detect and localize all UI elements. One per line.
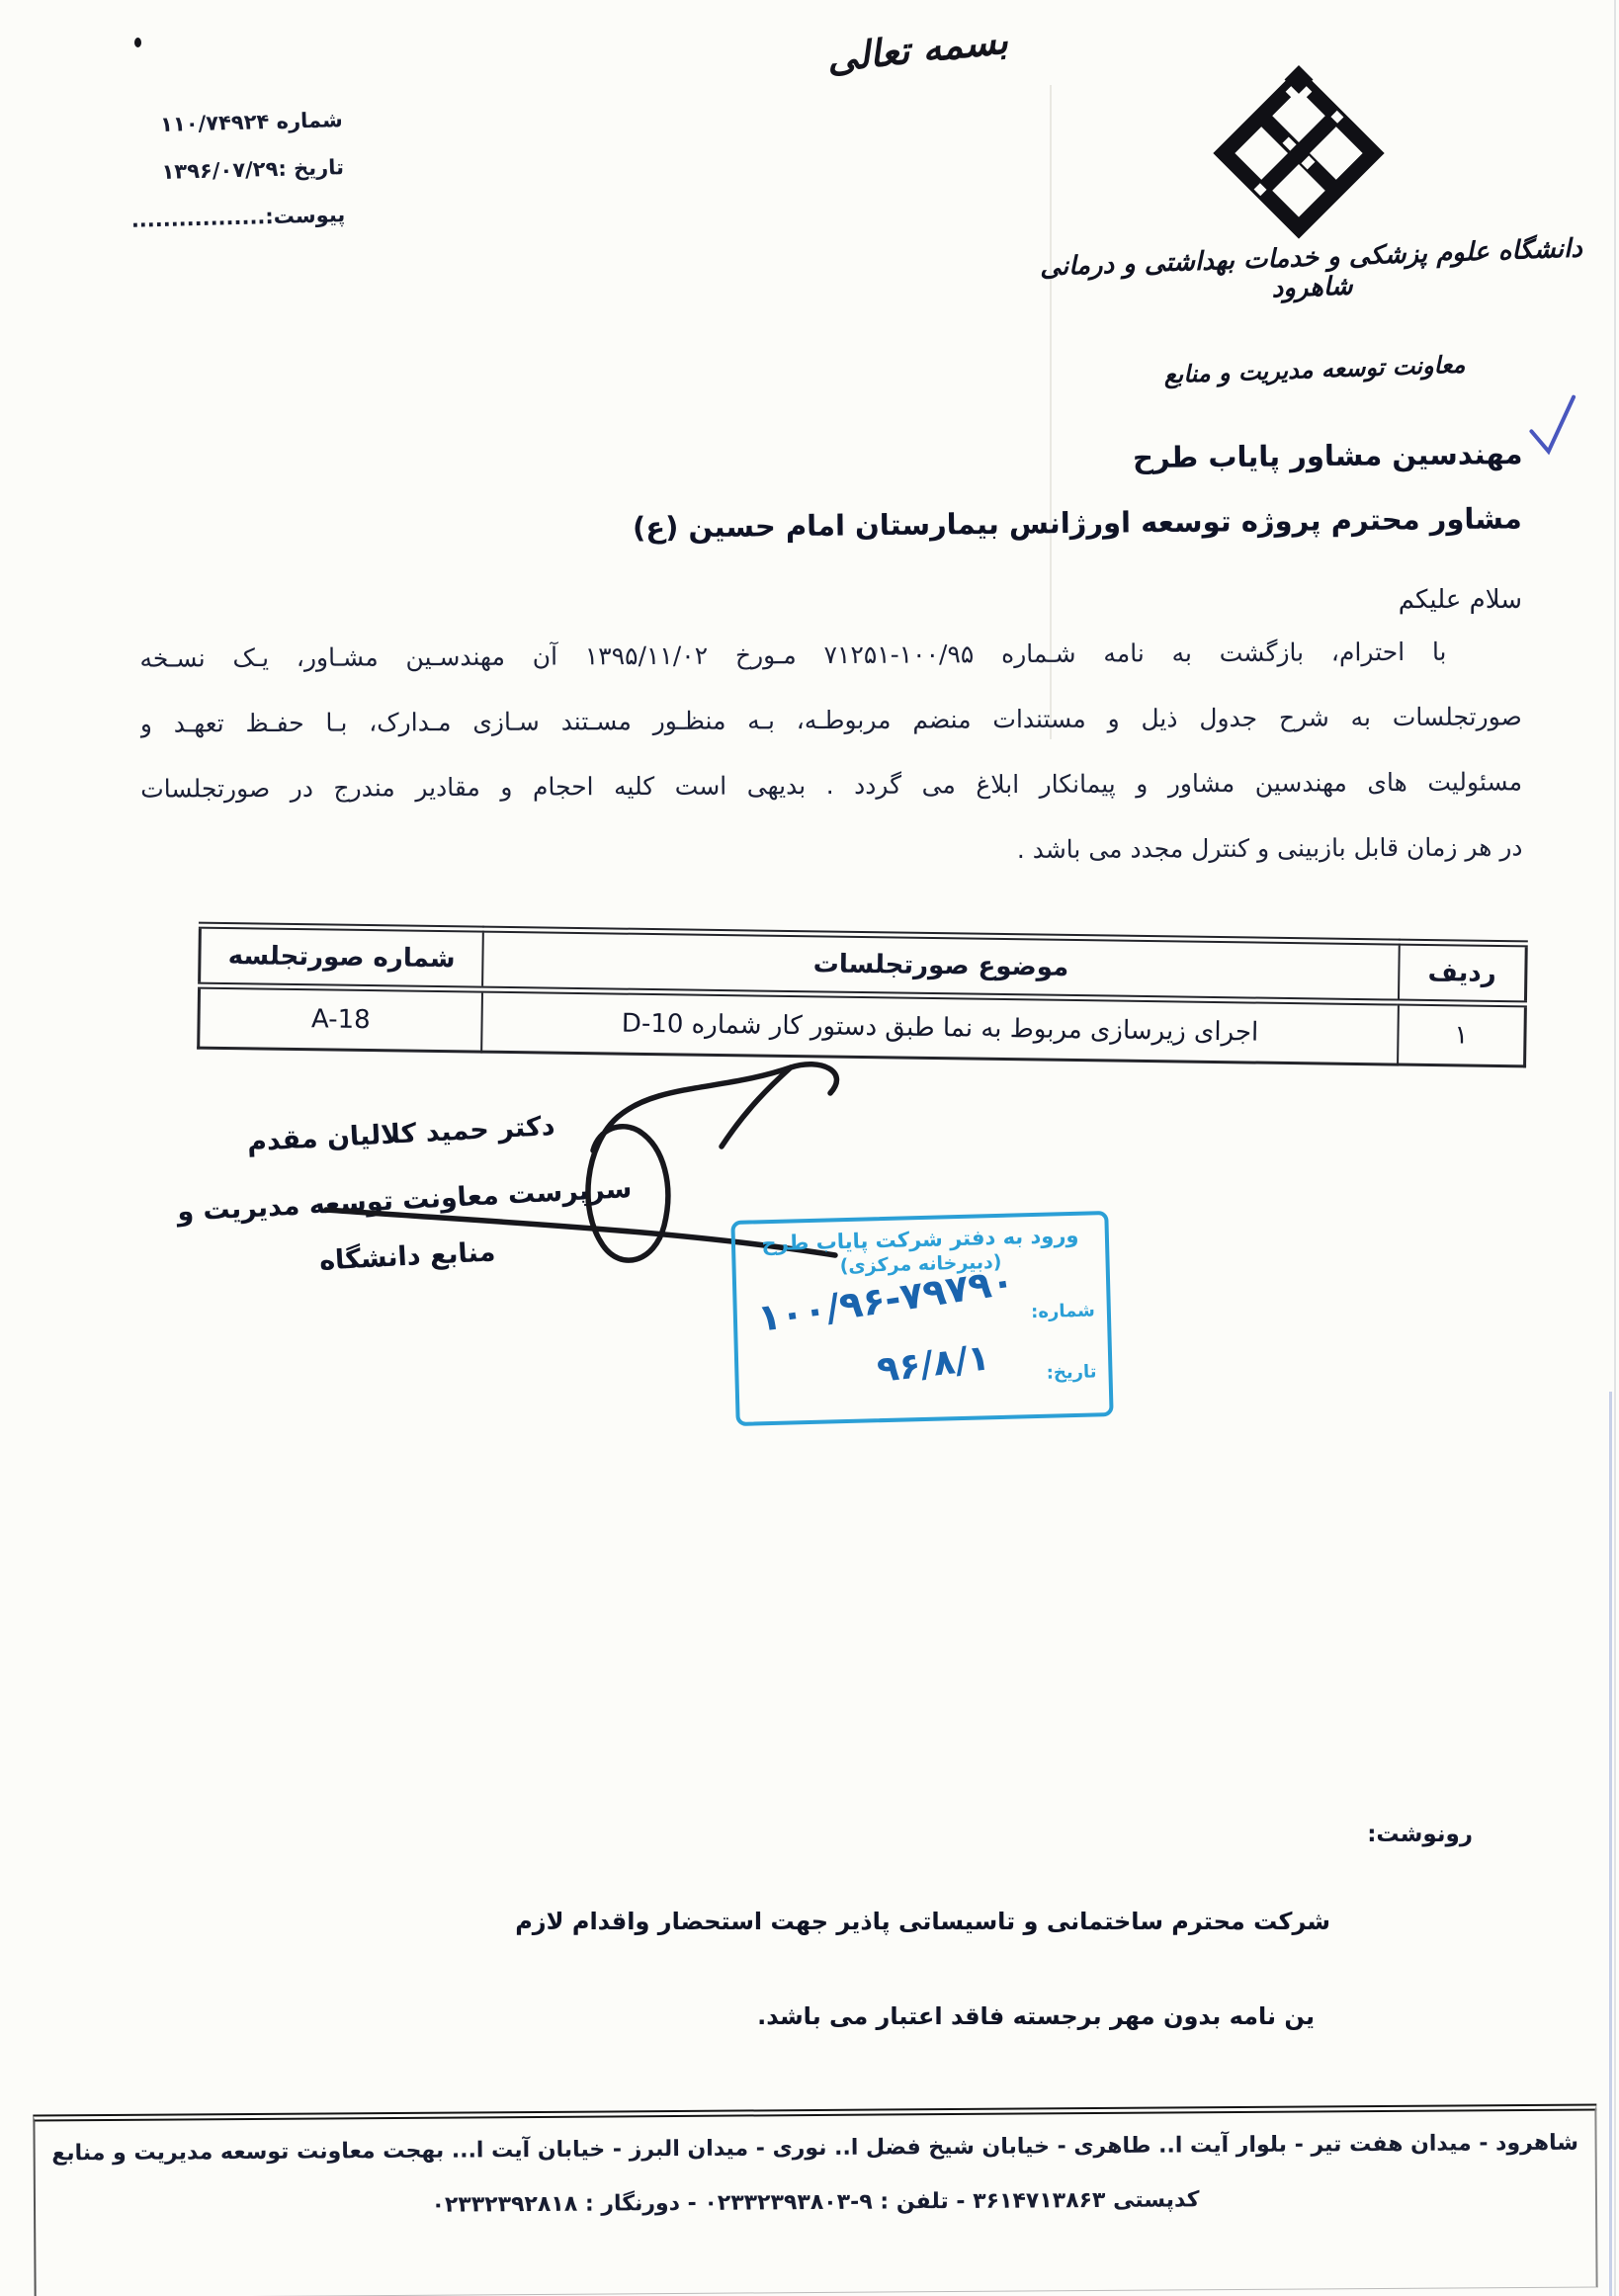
greeting: سلام علیکم — [1399, 585, 1522, 615]
footer: شاهرود - میدان هفت تیر - بلوار آیت ا.. ط… — [33, 2103, 1597, 2296]
letter-body: با احترام، بازگشت به نامه شـماره ۱۰۰/۹۵-… — [139, 619, 1522, 887]
stamp-date-label: تاریخ: — [1046, 1361, 1096, 1383]
letter-meta-block: شماره ۱۱۰/۷۴۹۲۴ تاریخ :۱۳۹۶/۰۷/۲۹ پیوست:… — [125, 96, 346, 244]
col-header-minutes-no: شماره صورتجلسه — [200, 925, 484, 989]
scan-edge-line — [1609, 1392, 1612, 2296]
ink-dot-artifact — [134, 38, 141, 47]
scanned-letter-page: شماره ۱۱۰/۷۴۹۲۴ تاریخ :۱۳۹۶/۰۷/۲۹ پیوست:… — [0, 0, 1619, 2296]
body-line-4: در هر زمان قابل بازبینی و کنترل مجدد می … — [140, 814, 1522, 887]
letter-date: تاریخ :۱۳۹۶/۰۷/۲۹ — [126, 143, 344, 197]
body-line-3: مسئولیت های مهندسین مشاور و پیمانکار ابل… — [140, 749, 1522, 821]
cell-minutes-no: A-18 — [199, 985, 483, 1052]
footer-address: شاهرود - میدان هفت تیر - بلوار آیت ا.. ط… — [36, 2130, 1595, 2166]
col-header-row-no: ردیف — [1399, 942, 1527, 1004]
cc-label: رونوشت: — [1367, 1822, 1473, 1847]
body-line-2: صورتجلسات به شرح جدول ذیل و مستندات منضم… — [140, 684, 1522, 756]
university-name: دانشگاه علوم پزشکی و خدمات بهداشتی و درم… — [1031, 233, 1592, 312]
seal-disclaimer: ین نامه بدون مهر برجسته فاقد اعتبار می ب… — [757, 2002, 1315, 2030]
stamp-date-value: ۹۶/۸/۱ — [875, 1337, 991, 1391]
deputy-name: معاونت توسعه مدیریت و منابع — [1115, 349, 1515, 390]
entry-stamp: ورود به دفتر شرکت پایاب طرح (دبیرخانه مر… — [730, 1211, 1113, 1426]
ref-number: شماره ۱۱۰/۷۴۹۲۴ — [125, 96, 343, 149]
recipient-name: مهندسین مشاور پایاب طرح — [1132, 437, 1522, 474]
logo-knot-graphic — [1211, 65, 1387, 241]
scan-edge-line — [1614, 0, 1616, 2296]
university-logo-icon — [1211, 65, 1387, 241]
cell-row-no: ۱ — [1398, 1002, 1526, 1066]
checkmark-icon — [1522, 390, 1586, 462]
footer-contact: کدپستی ۳۶۱۴۷۱۳۸۶۳ - تلفن : ۹-۰۲۳۳۲۳۹۳۸۰۳… — [36, 2184, 1595, 2220]
attachment-line: پیوست:................. — [128, 191, 346, 244]
minutes-table: ردیف موضوع صورتجلسات شماره صورتجلسه ۱ اج… — [197, 922, 1528, 1068]
body-line-1: با احترام، بازگشت به نامه شـماره ۱۰۰/۹۵-… — [139, 619, 1521, 691]
bismillah-calligraphy: بسمه تعالی — [748, 10, 1087, 88]
stamp-number-label: شماره: — [1031, 1300, 1095, 1322]
letter-subject: مشاور محترم پروژه توسعه اورژانس بیمارستا… — [633, 501, 1522, 544]
cc-recipient: شرکت محترم ساختمانی و تاسیساتی پاذیر جهت… — [515, 1908, 1330, 1935]
